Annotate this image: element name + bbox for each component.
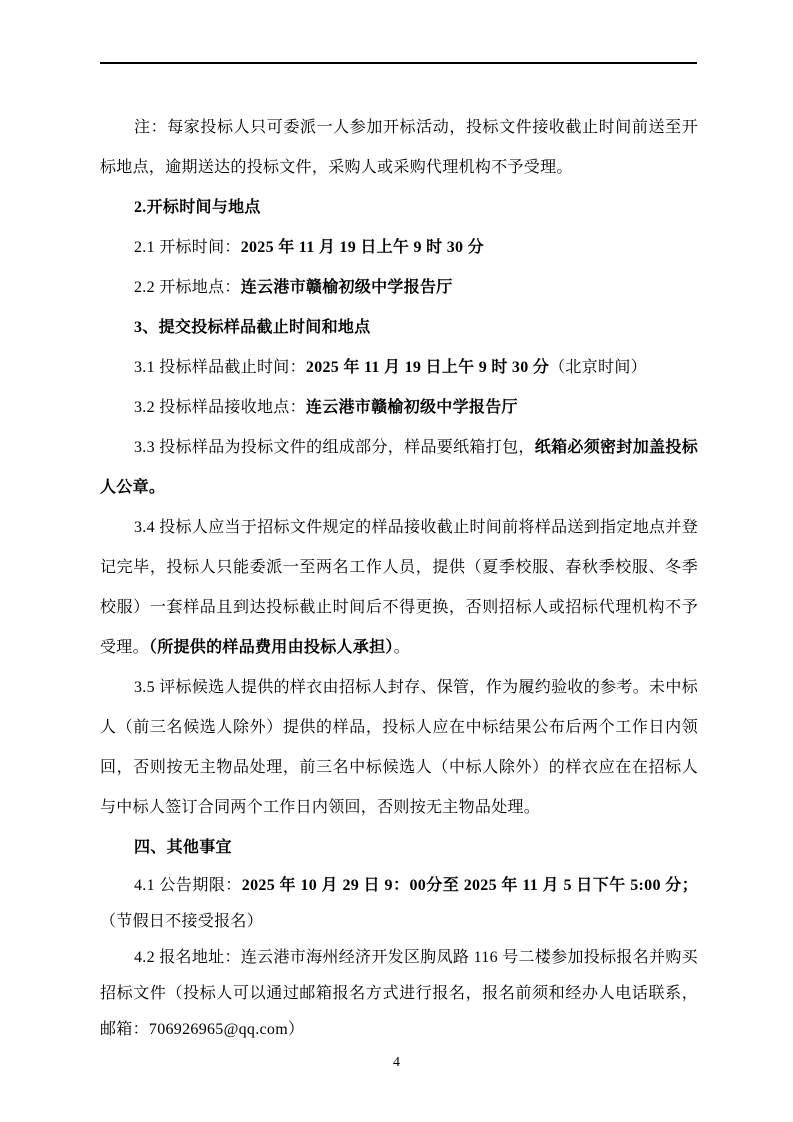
clause-3-3-lead: 3.3 投标样品为投标文件的组成部分，样品要纸箱打包，: [134, 439, 535, 456]
clause-3-4: 3.4 投标人应当于招标文件规定的样品接收截止时间前将样品送到指定地点并登记完毕…: [100, 508, 698, 668]
clause-3-1: 3.1 投标样品截止时间：2025 年 11 月 19 日上午 9 时 30 分…: [100, 348, 698, 388]
clause-2-2-value: 连云港市赣榆初级中学报告厅: [241, 279, 453, 296]
clause-3-1-suffix: （北京时间）: [549, 359, 647, 376]
clause-3-1-label: 3.1 投标样品截止时间：: [134, 359, 306, 376]
clause-2-1-label: 2.1 开标时间：: [134, 239, 241, 256]
heading-other-matters-text: 四、其他事宜: [134, 839, 232, 856]
heading-other-matters: 四、其他事宜: [100, 828, 698, 868]
clause-3-2-value: 连云港市赣榆初级中学报告厅: [306, 399, 518, 416]
clause-3-5: 3.5 评标候选人提供的样衣由招标人封存、保管，作为履约验收的参考。未中标人（前…: [100, 668, 698, 828]
clause-3-5-text: 3.5 评标候选人提供的样衣由招标人封存、保管，作为履约验收的参考。未中标人（前…: [100, 679, 698, 816]
clause-3-2: 3.2 投标样品接收地点：连云港市赣榆初级中学报告厅: [100, 388, 698, 428]
clause-3-4-suffix: 。: [394, 639, 410, 656]
clause-4-2: 4.2 报名地址：连云港市海州经济开发区朐凤路 116 号二楼参加投标报名并购买…: [100, 940, 698, 1048]
clause-3-1-value: 2025 年 11 月 19 日上午 9 时 30 分: [306, 359, 549, 376]
heading-sample-deadline-text: 3、提交投标样品截止时间和地点: [134, 319, 371, 336]
clause-3-4-lead: 3.4 投标人应当于招标文件规定的样品接收截止时间前将样品送到指定地点并登记完毕…: [100, 519, 698, 656]
clause-4-2-text: 4.2 报名地址：连云港市海州经济开发区朐凤路 116 号二楼参加投标报名并购买…: [100, 949, 698, 1038]
page-number: 4: [0, 1053, 793, 1073]
clause-2-2-label: 2.2 开标地点：: [134, 279, 241, 296]
paragraph-note: 注：每家投标人只可委派一人参加开标活动，投标文件接收截止时间前送至开标地点，逾期…: [100, 108, 698, 188]
header-rule: [100, 62, 697, 64]
heading-open-bid-time-place-text: 2.开标时间与地点: [134, 199, 261, 216]
clause-4-1-value: 2025 年 10 月 29 日 9：00分至 2025 年 11 月 5 日下…: [242, 877, 698, 894]
clause-4-1: 4.1 公告期限：2025 年 10 月 29 日 9：00分至 2025 年 …: [100, 868, 698, 940]
clause-2-1: 2.1 开标时间：2025 年 11 月 19 日上午 9 时 30 分: [100, 228, 698, 268]
clause-2-2: 2.2 开标地点：连云港市赣榆初级中学报告厅: [100, 268, 698, 308]
clause-3-2-label: 3.2 投标样品接收地点：: [134, 399, 306, 416]
clause-4-1-suffix: （节假日不接受报名）: [100, 913, 263, 930]
clause-4-1-label: 4.1 公告期限：: [134, 877, 242, 894]
document-page: 注：每家投标人只可委派一人参加开标活动，投标文件接收截止时间前送至开标地点，逾期…: [0, 0, 793, 1122]
clause-2-1-value: 2025 年 11 月 19 日上午 9 时 30 分: [241, 239, 484, 256]
document-body: 注：每家投标人只可委派一人参加开标活动，投标文件接收截止时间前送至开标地点，逾期…: [100, 108, 698, 1048]
clause-3-3: 3.3 投标样品为投标文件的组成部分，样品要纸箱打包，纸箱必须密封加盖投标人公章…: [100, 428, 698, 508]
paragraph-note-text: 注：每家投标人只可委派一人参加开标活动，投标文件接收截止时间前送至开标地点，逾期…: [100, 119, 698, 176]
clause-3-4-emphasis: （所提供的样品费用由投标人承担）: [149, 639, 394, 656]
heading-open-bid-time-place: 2.开标时间与地点: [100, 188, 698, 228]
heading-sample-deadline: 3、提交投标样品截止时间和地点: [100, 308, 698, 348]
